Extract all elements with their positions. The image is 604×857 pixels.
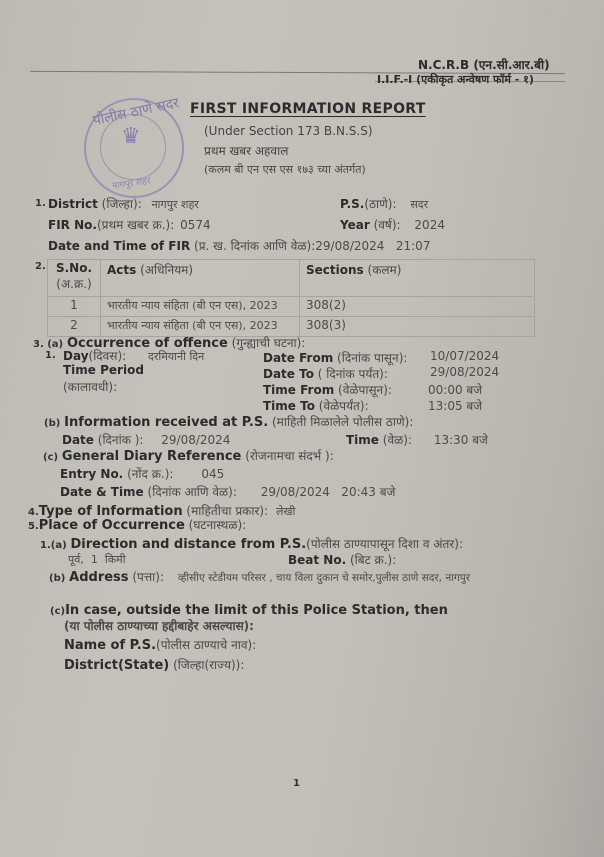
address-label: Address	[69, 570, 128, 585]
section-3-number: 3. (a)	[33, 339, 63, 350]
section-5-number: 5.	[28, 521, 39, 532]
ps-label-mr: (ठाणे):	[364, 197, 396, 211]
fir-datetime-label: Date and Time of FIR	[48, 239, 190, 253]
table-row: 1 भारतीय न्याय संहिता (बी एन एस), 2023 3…	[48, 297, 535, 317]
fir-datetime-value: 29/08/2024 21:07	[315, 239, 430, 253]
address-label-mr: (पत्ता):	[132, 570, 164, 584]
national-emblem-icon: ♛	[121, 124, 141, 149]
general-diary-label-mr: (रोजनामचा संदर्भ ):	[245, 449, 334, 463]
page-number: 1	[293, 778, 300, 789]
info-received-heading: (b) Information received at P.S. (माहिती…	[44, 413, 413, 430]
general-diary-heading: (c) General Diary Reference (रोजनामचा सं…	[43, 447, 334, 464]
gd-datetime-label-mr: (दिनांक आणि वेळ):	[148, 485, 237, 499]
beat-number-label-mr: (बिट क्र.):	[350, 553, 396, 567]
time-period-label: Time Period	[63, 363, 144, 377]
acts-sections-table: S.No. (अ.क्र.) Acts (अधिनियम) Sections (…	[47, 259, 535, 337]
ps-name-label: Name of P.S.	[64, 638, 156, 653]
date-to-label-mr: ( दिनांक पर्यंत):	[318, 367, 388, 381]
ps-value: सदर	[410, 198, 428, 211]
info-time-label: Time	[346, 433, 379, 447]
sno-header-label: S.No.	[54, 261, 94, 275]
info-time-label-mr: (वेळ):	[383, 433, 412, 447]
beat-number-field: Beat No. (बिट क्र.):	[288, 551, 396, 568]
info-date-value: 29/08/2024	[161, 433, 230, 447]
ps-field: P.S.(ठाणे): सदर	[340, 195, 428, 212]
district-state-label: District(State)	[64, 658, 169, 673]
type-of-information-value: लेखी	[276, 505, 295, 518]
year-label: Year	[340, 218, 370, 232]
direction-distance-label-mr: (पोलीस ठाण्यापासून दिशा व अंतर):	[306, 537, 463, 551]
time-to-field: Time To (वेळेपर्यंत):	[263, 397, 369, 414]
ps-label: P.S.	[340, 197, 364, 211]
beat-number-label: Beat No.	[288, 553, 346, 567]
outside-limit-number: (c)	[50, 606, 65, 617]
date-to-value: 29/08/2024	[430, 365, 499, 379]
entry-number-label: Entry No.	[60, 467, 123, 481]
info-date-label-mr: (दिनांक ):	[98, 433, 144, 447]
sno-header: S.No. (अ.क्र.)	[48, 260, 101, 297]
row-section: 308(3)	[300, 317, 535, 337]
outside-limit-label-mr: (या पोलीस ठाण्याच्या हद्दीबाहेर असल्यास)…	[64, 617, 254, 634]
place-of-occurrence-label: Place of Occurrence	[39, 518, 185, 533]
section-1-number: 1.	[35, 198, 46, 209]
title-subtitle-mr2: (कलम बी एन एस एस १७३ च्या अंतर्गत)	[204, 162, 366, 177]
row-act: भारतीय न्याय संहिता (बी एन एस), 2023	[101, 297, 300, 317]
address-field: (b) Address (पत्ता): व्हीसीए स्टेडीयम पर…	[49, 568, 470, 585]
acts-header-label-mr: (अधिनियम)	[140, 263, 193, 277]
direction-distance-number: 1.(a)	[40, 540, 67, 551]
time-from-field: Time From (वेळेपासून):	[263, 381, 392, 398]
entry-number-field: Entry No. (नोंद क्र.): 045	[60, 465, 224, 482]
gd-datetime-value: 29/08/2024 20:43 बजे	[261, 485, 396, 499]
time-to-label: Time To	[263, 399, 315, 413]
sections-header-label-mr: (कलम)	[368, 263, 402, 277]
gd-datetime-field: Date & Time (दिनांक आणि वेळ): 29/08/2024…	[60, 483, 395, 500]
fir-number-value: 0574	[180, 218, 211, 232]
place-of-occurrence-label-mr: (घटनास्थळ):	[189, 518, 247, 532]
date-from-value: 10/07/2024	[430, 349, 499, 363]
district-field: District (जिल्हा): नागपुर शहर	[48, 195, 199, 212]
direction-distance-heading: 1.(a) Direction and distance from P.S.(प…	[40, 535, 463, 552]
row-sno: 1	[48, 297, 101, 317]
district-label: District	[48, 197, 98, 211]
day-field: Day(दिवस): दरमियानी दिन	[63, 347, 204, 364]
iif-form-label: I.I.F.-I (एकीकृत अन्वेषण फॉर्म - १)	[377, 72, 534, 87]
fir-datetime-label-mr: (प्र. ख. दिनांक आणि वेळ):	[194, 239, 315, 253]
section-2-number: 2.	[35, 261, 46, 272]
ps-name-label-mr: (पोलीस ठाण्याचे नाव):	[156, 638, 256, 652]
occurrence-sub-number: 1.	[45, 350, 56, 361]
fir-datetime-field: Date and Time of FIR (प्र. ख. दिनांक आणि…	[48, 237, 430, 254]
ps-name-field: Name of P.S.(पोलीस ठाण्याचे नाव):	[64, 636, 256, 653]
district-state-label-mr: (जिल्हा(राज्य)):	[173, 658, 244, 672]
date-from-field: Date From (दिनांक पासून):	[263, 349, 407, 366]
fir-number-label: FIR No.	[48, 218, 97, 232]
date-from-label-mr: (दिनांक पासून):	[337, 351, 407, 365]
date-to-field: Date To ( दिनांक पर्यंत):	[263, 365, 388, 382]
year-label-mr: (वर्ष):	[374, 218, 401, 232]
time-from-value: 00:00 बजे	[428, 381, 482, 398]
info-received-label-mr: (माहिती मिळालेले पोलीस ठाणे):	[272, 415, 413, 429]
info-time-value: 13:30 बजे	[434, 433, 488, 447]
outside-limit-label: In case, outside the limit of this Polic…	[65, 603, 448, 618]
entry-number-label-mr: (नोंद क्र.):	[127, 467, 173, 481]
acts-header-label: Acts	[107, 263, 136, 277]
sno-header-label-mr: (अ.क्र.)	[54, 275, 94, 292]
district-label-mr: (जिल्हा):	[102, 197, 142, 211]
info-date-field: Date (दिनांक ): 29/08/2024	[62, 431, 230, 448]
title-subtitle-en: (Under Section 173 B.N.S.S)	[204, 124, 373, 138]
entry-number-value: 045	[201, 467, 224, 481]
address-number: (b)	[49, 573, 65, 584]
sections-header: Sections (कलम)	[300, 260, 535, 297]
table-header-row: S.No. (अ.क्र.) Acts (अधिनियम) Sections (…	[48, 260, 535, 297]
year-field: Year (वर्ष): 2024	[340, 216, 445, 233]
time-to-label-mr: (वेळेपर्यंत):	[319, 399, 369, 413]
date-from-label: Date From	[263, 351, 333, 365]
date-to-label: Date To	[263, 367, 314, 381]
info-received-label: Information received at P.S.	[64, 415, 268, 430]
district-state-field: District(State) (जिल्हा(राज्य)):	[64, 656, 244, 673]
time-from-label: Time From	[263, 383, 334, 397]
info-time-field: Time (वेळ): 13:30 बजे	[346, 431, 488, 448]
place-of-occurrence-heading: 5.Place of Occurrence (घटनास्थळ):	[28, 516, 246, 533]
fir-number-field: FIR No.(प्रथम खबर क्र.): 0574	[48, 216, 211, 233]
acts-header: Acts (अधिनियम)	[101, 260, 300, 297]
time-to-value: 13:05 बजे	[428, 397, 482, 414]
info-received-number: (b)	[44, 418, 60, 429]
info-date-label: Date	[62, 433, 94, 447]
direction-distance-value: पूर्व, 1 किमी	[68, 552, 126, 567]
row-section: 308(2)	[300, 297, 535, 317]
day-value: दरमियानी दिन	[148, 350, 204, 363]
page-title: FIRST INFORMATION REPORT	[190, 101, 426, 117]
outside-limit-heading: (c)In case, outside the limit of this Po…	[50, 603, 448, 618]
gd-datetime-label: Date & Time	[60, 485, 144, 499]
sections-header-label: Sections	[306, 263, 364, 277]
general-diary-label: General Diary Reference	[62, 449, 241, 464]
year-value: 2024	[414, 218, 445, 232]
district-value: नागपुर शहर	[152, 198, 199, 211]
title-subtitle-mr: प्रथम खबर अहवाल	[204, 142, 288, 159]
direction-distance-label: Direction and distance from P.S.	[70, 537, 306, 552]
fir-number-label-mr: (प्रथम खबर क्र.):	[97, 218, 174, 232]
day-label-mr: (दिवस):	[89, 349, 127, 363]
time-from-label-mr: (वेळेपासून):	[338, 383, 392, 397]
ncrb-label: N.C.R.B (एन.सी.आर.बी)	[418, 56, 550, 73]
time-period-label-mr: (कालावधी):	[63, 378, 117, 395]
general-diary-number: (c)	[43, 452, 58, 463]
occurrence-label-mr: (गुन्ह्याची घटना):	[232, 336, 306, 350]
day-label: Day	[63, 349, 89, 363]
address-value: व्हीसीए स्टेडीयम परिसर , चाय विला दुकान …	[178, 572, 470, 584]
